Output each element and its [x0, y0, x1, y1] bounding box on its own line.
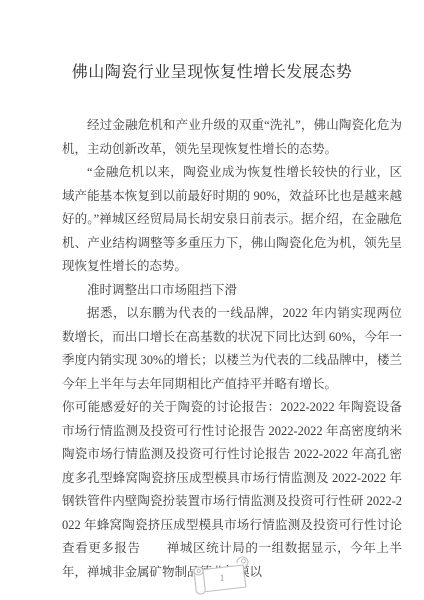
paragraph: 据悉，以东鹏为代表的一线品牌，2022 年内销实现两位数增长，而出口增长在高基数…	[62, 302, 402, 396]
page-footer: 1	[188, 550, 252, 596]
document-title: 佛山陶瓷行业呈现恢复性增长发展态势	[20, 0, 404, 84]
page-number: 1	[220, 573, 225, 583]
document-paragraphs: 经过金融危机和产业升级的双重“洗礼”，佛山陶瓷化危为机，主动创新改革，领先呈现恢…	[62, 114, 402, 584]
document-page: 佛山陶瓷行业呈现恢复性增长发展态势 经过金融危机和产业升级的双重“洗礼”，佛山陶…	[0, 0, 424, 600]
paragraph: “金融危机以来，陶瓷业成为恢复性增长较快的行业，区域产能基本恢复到以前最好时期的…	[62, 161, 402, 279]
section-heading: 准时调整出口市场阻挡下滑	[62, 279, 402, 303]
paragraph: 经过金融危机和产业升级的双重“洗礼”，佛山陶瓷化危为机，主动创新改革，领先呈现恢…	[62, 114, 402, 161]
page-number-scroll-icon: 1	[188, 550, 252, 596]
